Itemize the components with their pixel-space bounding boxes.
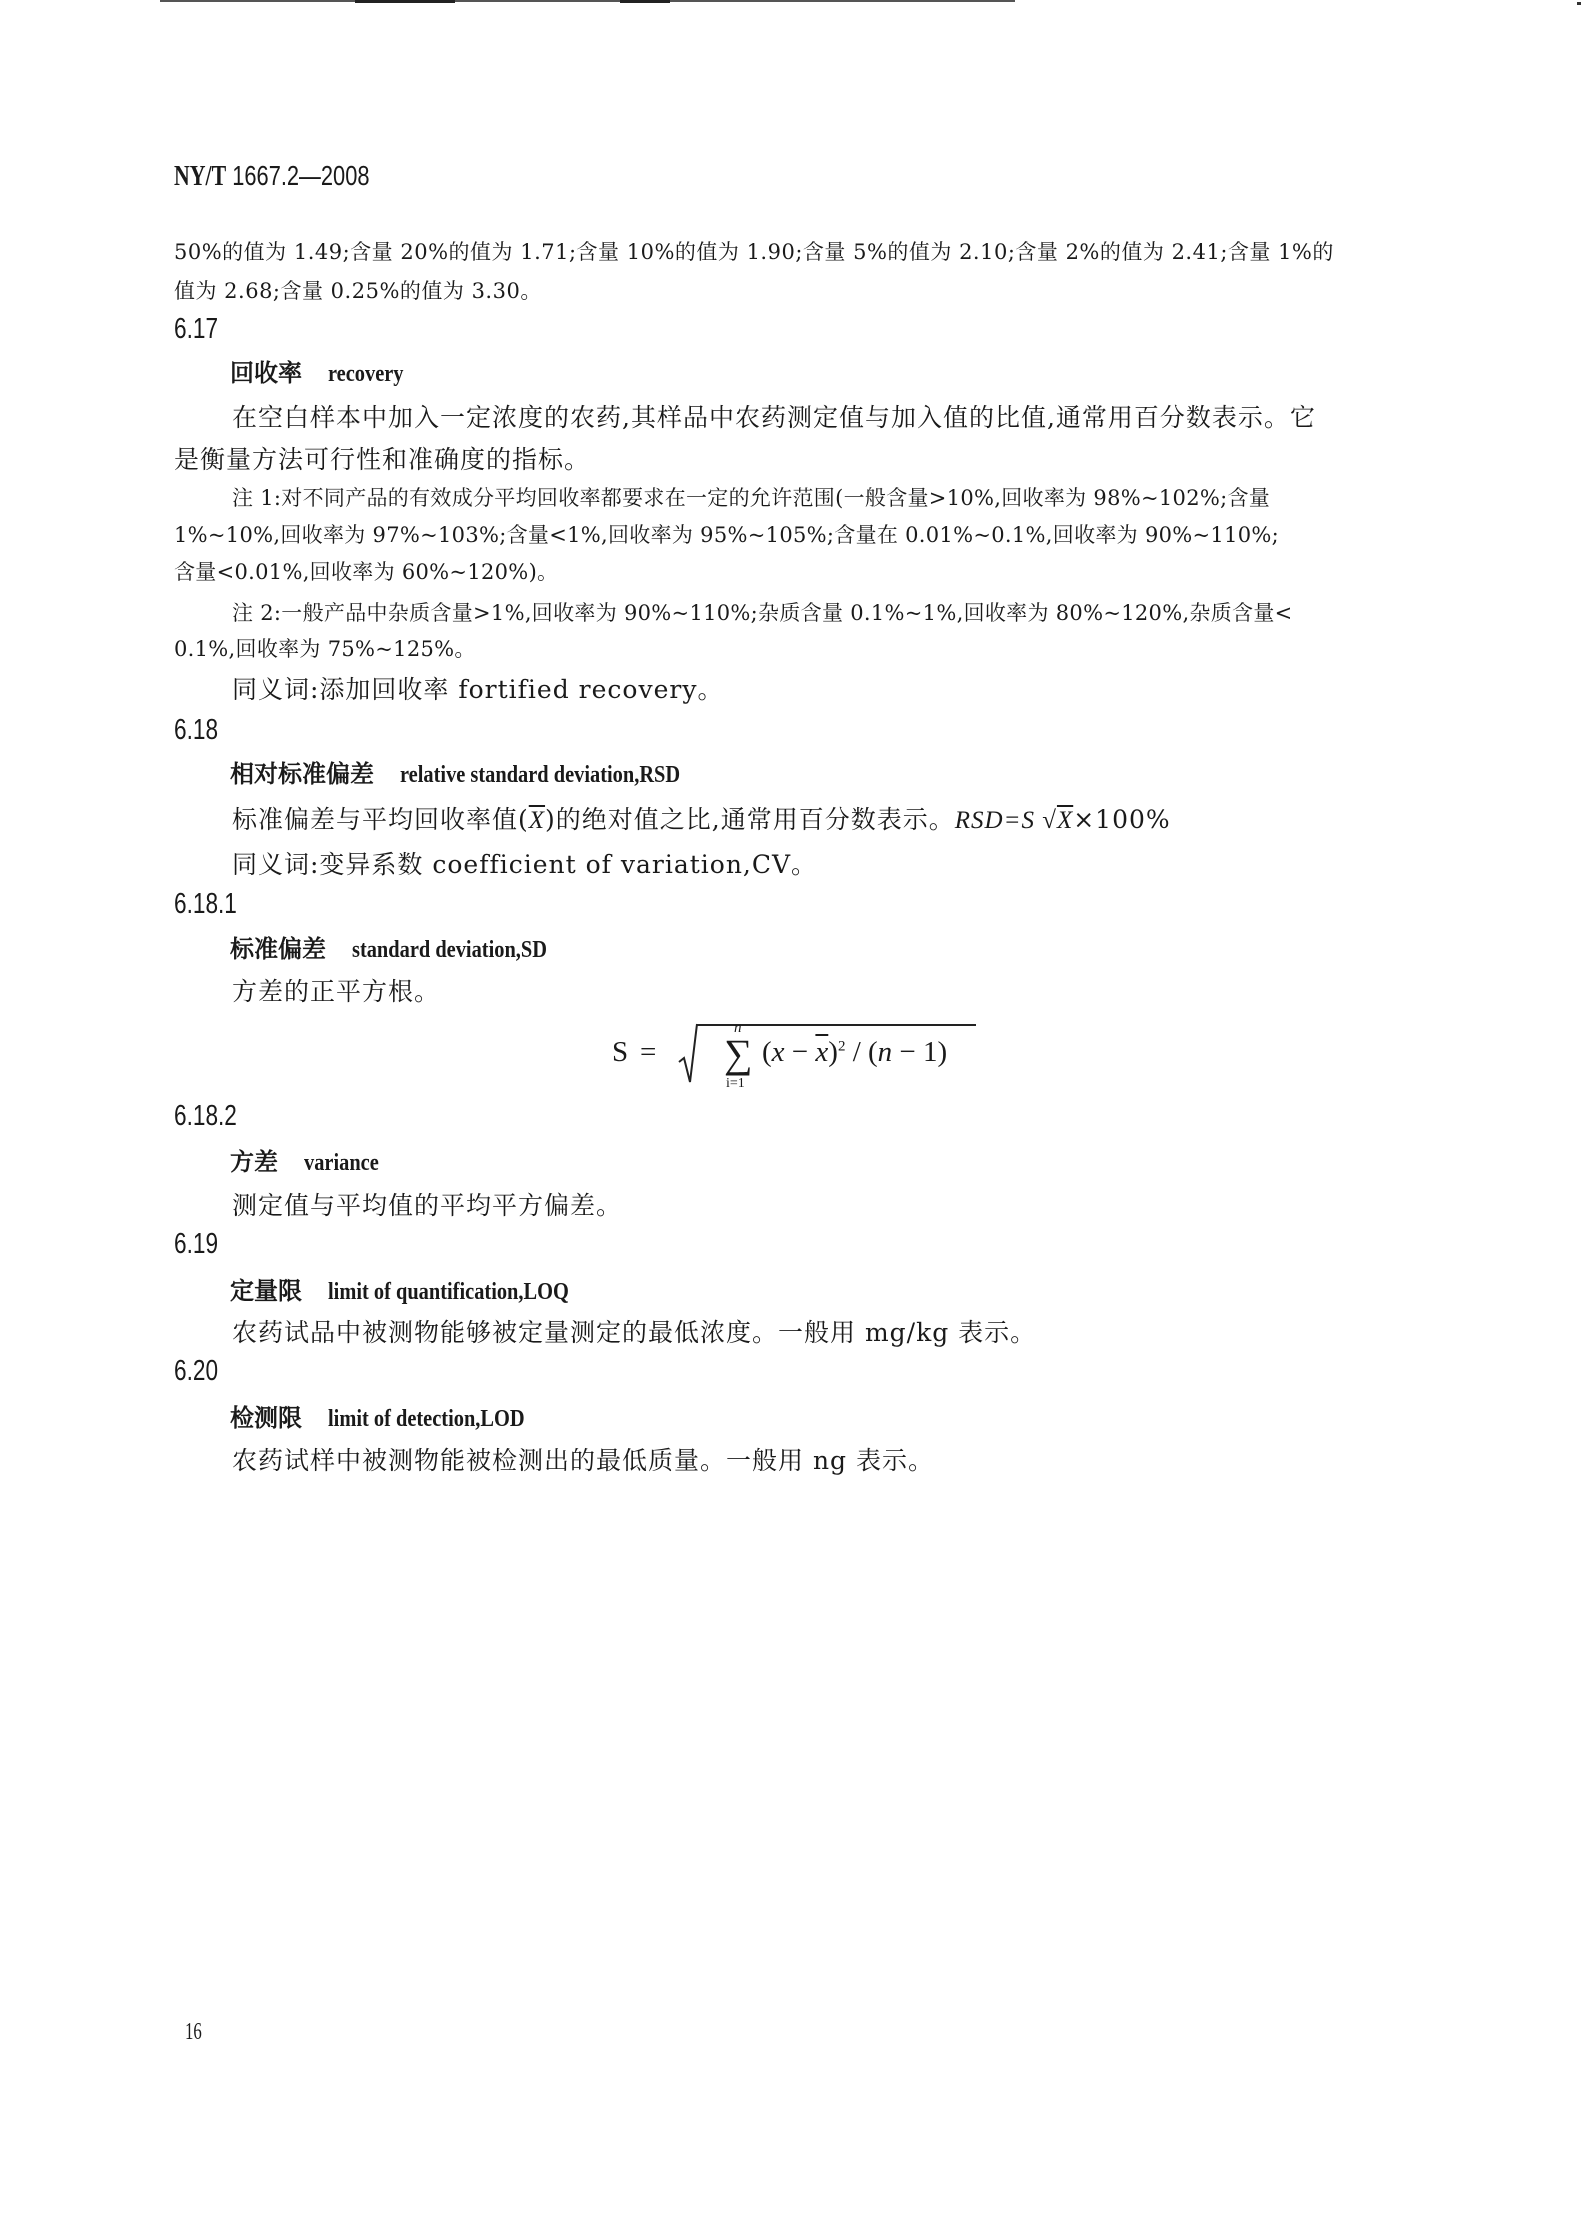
rsd-formula-lhs: RSD — [955, 807, 1004, 834]
standard-code-prefix: NY/T — [174, 161, 226, 192]
term-en: recovery — [328, 362, 404, 386]
note-1-line-3: 含量<0.01%,回收率为 60%~120%)。 — [174, 562, 558, 583]
xbar-symbol: X — [529, 807, 545, 834]
rule-segment — [620, 0, 670, 3]
definition-line-2: 是衡量方法可行性和准确度的指标。 — [174, 447, 590, 472]
rule-segment — [355, 0, 455, 3]
term-en: relative standard deviation,RSD — [400, 763, 680, 787]
sqrt-symbol: √ — [1042, 807, 1057, 834]
rsd-formula-tail: ×100% — [1073, 805, 1170, 834]
synonym-rsd: 同义词:变异系数 coefficient of variation,CV。 — [232, 852, 817, 877]
definition-sd: 方差的正平方根。 — [232, 979, 440, 1004]
term-en: variance — [304, 1151, 379, 1175]
term-sd: 标准偏差standard deviation,SD — [230, 937, 581, 962]
term-zh: 检测限 — [230, 1403, 302, 1432]
radical-icon — [678, 1022, 698, 1084]
scan-mark — [1577, 2, 1581, 5]
synonym-recovery: 同义词:添加回收率 fortified recovery。 — [232, 677, 723, 702]
term-variance: 方差variance — [230, 1150, 392, 1175]
note-1-line-1: 注 1:对不同产品的有效成分平均回收率都要求在一定的允许范围(一般含量>10%,… — [232, 488, 1270, 509]
note-2-line-1: 注 2:一般产品中杂质含量>1%,回收率为 90%~110%;杂质含量 0.1%… — [232, 603, 1293, 624]
definition-lod: 农药试样中被测物能被检测出的最低质量。一般用 ng 表示。 — [232, 1448, 934, 1473]
term-recovery: 回收率recovery — [230, 361, 417, 386]
term-zh: 回收率 — [230, 358, 302, 387]
rsd-formula-radicand: X — [1057, 807, 1073, 834]
term-zh: 方差 — [230, 1147, 278, 1176]
rsd-formula-eq: =S — [1004, 807, 1043, 834]
section-number-6-18: 6.18 — [174, 716, 218, 745]
continuation-line-2: 值为 2.68;含量 0.25%的值为 3.30。 — [174, 281, 542, 302]
term-lod: 检测限limit of detection,LOD — [230, 1406, 559, 1431]
term-loq: 定量限limit of quantification,LOQ — [230, 1279, 611, 1304]
standard-code: NY/T 1667.2—2008 — [174, 162, 369, 191]
note-2-line-2: 0.1%,回收率为 75%~125%。 — [174, 639, 476, 660]
section-number-6-18-1: 6.18.1 — [174, 890, 237, 919]
term-zh: 定量限 — [230, 1276, 302, 1305]
continuation-line-1: 50%的值为 1.49;含量 20%的值为 1.71;含量 10%的值为 1.9… — [174, 242, 1334, 263]
sum-icon: ∑ — [724, 1030, 753, 1077]
page-number: 16 — [185, 2020, 202, 2044]
section-number-6-20: 6.20 — [174, 1357, 218, 1386]
definition-loq: 农药试品中被测物能够被定量测定的最低浓度。一般用 mg/kg 表示。 — [232, 1320, 1036, 1345]
formula-lhs: S — [612, 1036, 628, 1069]
sum-lower-limit: i=1 — [726, 1076, 745, 1092]
definition-variance: 测定值与平均值的平均平方偏差。 — [232, 1193, 622, 1218]
formula-expression: (x − x)2 / (n − 1) — [762, 1036, 947, 1069]
term-en: standard deviation,SD — [352, 938, 547, 962]
term-rsd: 相对标准偏差relative standard deviation,RSD — [230, 762, 730, 787]
definition-text: )的绝对值之比,通常用百分数表示。 — [545, 805, 955, 834]
standard-code-number: 1667.2—2008 — [232, 160, 369, 191]
term-en: limit of quantification,LOQ — [328, 1280, 569, 1304]
section-number-6-19: 6.19 — [174, 1230, 218, 1259]
section-number-6-17: 6.17 — [174, 315, 218, 344]
definition-text: 标准偏差与平均回收率值( — [232, 805, 529, 834]
section-number-6-18-2: 6.18.2 — [174, 1102, 237, 1131]
formula-equals: = — [640, 1036, 656, 1069]
note-1-line-2: 1%~10%,回收率为 97%~103%;含量<1%,回收率为 95%~105%… — [174, 525, 1279, 546]
term-zh: 相对标准偏差 — [230, 759, 374, 788]
definition-rsd: 标准偏差与平均回收率值(X)的绝对值之比,通常用百分数表示。RSD=S √X×1… — [232, 807, 1171, 833]
top-rule — [160, 0, 1015, 2]
term-zh: 标准偏差 — [230, 934, 326, 963]
term-en: limit of detection,LOD — [328, 1407, 525, 1431]
definition-line-1: 在空白样本中加入一定浓度的农药,其样品中农药测定值与加入值的比值,通常用百分数表… — [232, 405, 1316, 430]
